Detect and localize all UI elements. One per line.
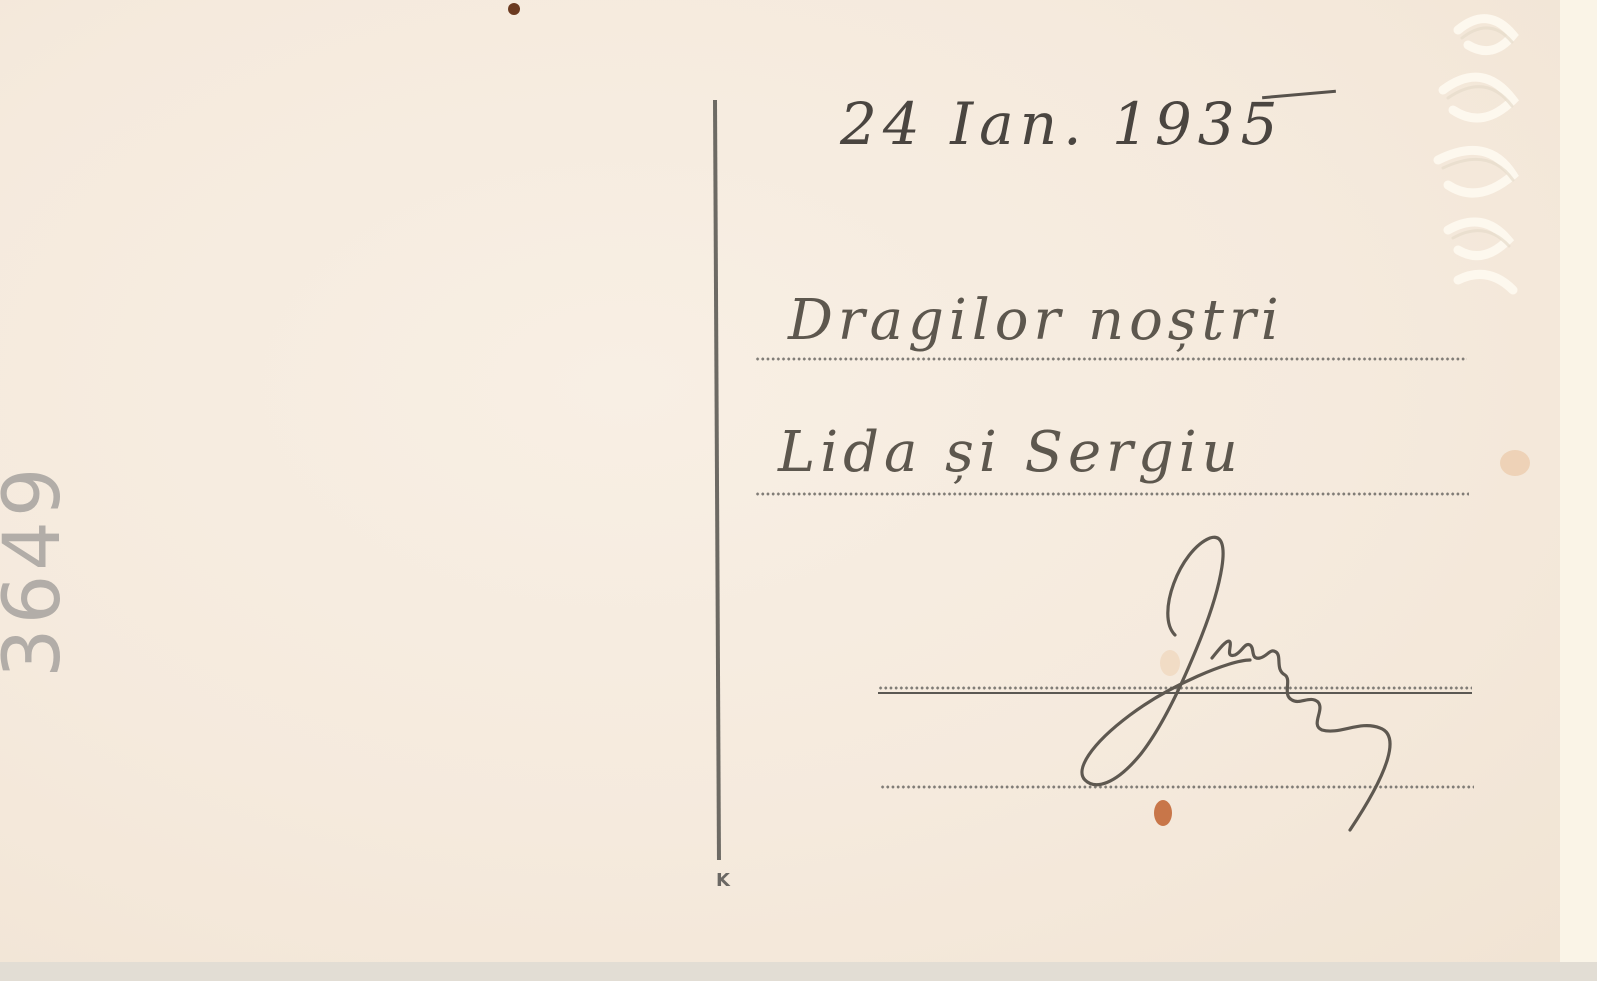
scan-edge-bottom (0, 962, 1597, 981)
handwritten-recipients: Lida și Sergiu (778, 420, 1243, 485)
foxing-stain (1500, 450, 1530, 476)
publisher-mark: K (716, 870, 730, 891)
center-divider-line (713, 100, 721, 860)
handwritten-signature: Jenny (1060, 530, 1420, 840)
address-line-2 (755, 492, 1469, 496)
handwritten-date: 24 Ian. 1935 (840, 90, 1284, 158)
pencil-archive-number: 3649 (0, 463, 78, 678)
scan-edge-right (1560, 0, 1597, 962)
postcard-back: 3649 K 24 Ian. 1935 Dragilor noștri Lida… (0, 0, 1560, 962)
address-line-1 (755, 357, 1467, 361)
embossed-ornament (1418, 0, 1538, 310)
handwritten-greeting: Dragilor noștri (788, 288, 1284, 353)
foxing-stain (508, 3, 520, 15)
